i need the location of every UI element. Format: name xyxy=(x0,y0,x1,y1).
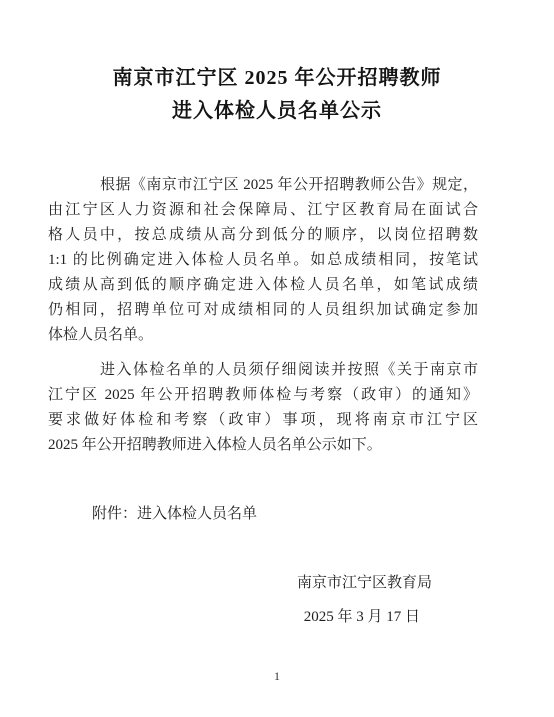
paragraph-line: 由江宁区人力资源和社会保障局、江宁区教育局在面试合 xyxy=(48,198,478,223)
paragraph-line: 江宁区 2025 年公开招聘教师体检与考察（政审）的通知》 xyxy=(48,383,478,408)
document-body: 根据《南京市江宁区 2025 年公开招聘教师公告》规定，由江宁区人力资源和社会保… xyxy=(48,173,478,630)
paragraph-line: 成绩从高到低的顺序确定进入体检人员名单，如笔试成绩 xyxy=(48,273,478,298)
page-number: 1 xyxy=(0,669,554,683)
paragraph-1: 根据《南京市江宁区 2025 年公开招聘教师公告》规定，由江宁区人力资源和社会保… xyxy=(48,173,478,348)
paragraph-line: 体检人员名单。 xyxy=(48,323,478,348)
paragraph-line: 2025 年公开招聘教师进入体检人员名单公示如下。 xyxy=(48,433,478,458)
paragraph-line: 要求做好体检和考察（政审）事项，现将南京市江宁区 xyxy=(48,408,478,433)
date-line: 2025 年 3 月 17 日 xyxy=(48,605,478,630)
title-line-1: 南京市江宁区 2025 年公开招聘教师 xyxy=(0,62,554,95)
paragraph-2: 进入体检名单的人员须仔细阅读并按照《关于南京市江宁区 2025 年公开招聘教师体… xyxy=(48,358,478,458)
paragraph-line: 仍相同，招聘单位可对成绩相同的人员组织加试确定参加 xyxy=(48,298,478,323)
paragraph-line: 格人员中，按总成绩从高分到低分的顺序，以岗位招聘数 xyxy=(48,223,478,248)
paragraph-line: 根据《南京市江宁区 2025 年公开招聘教师公告》规定， xyxy=(48,173,478,198)
document-title: 南京市江宁区 2025 年公开招聘教师 进入体检人员名单公示 xyxy=(0,62,554,128)
paragraph-line: 进入体检名单的人员须仔细阅读并按照《关于南京市 xyxy=(48,358,478,383)
attachment-line: 附件：进入体检人员名单 xyxy=(48,502,478,527)
title-line-2: 进入体检人员名单公示 xyxy=(0,95,554,128)
signature-line: 南京市江宁区教育局 xyxy=(48,571,478,596)
document-page: 南京市江宁区 2025 年公开招聘教师 进入体检人员名单公示 根据《南京市江宁区… xyxy=(0,0,554,717)
paragraph-line: 1:1 的比例确定进入体检人员名单。如总成绩相同，按笔试 xyxy=(48,248,478,273)
